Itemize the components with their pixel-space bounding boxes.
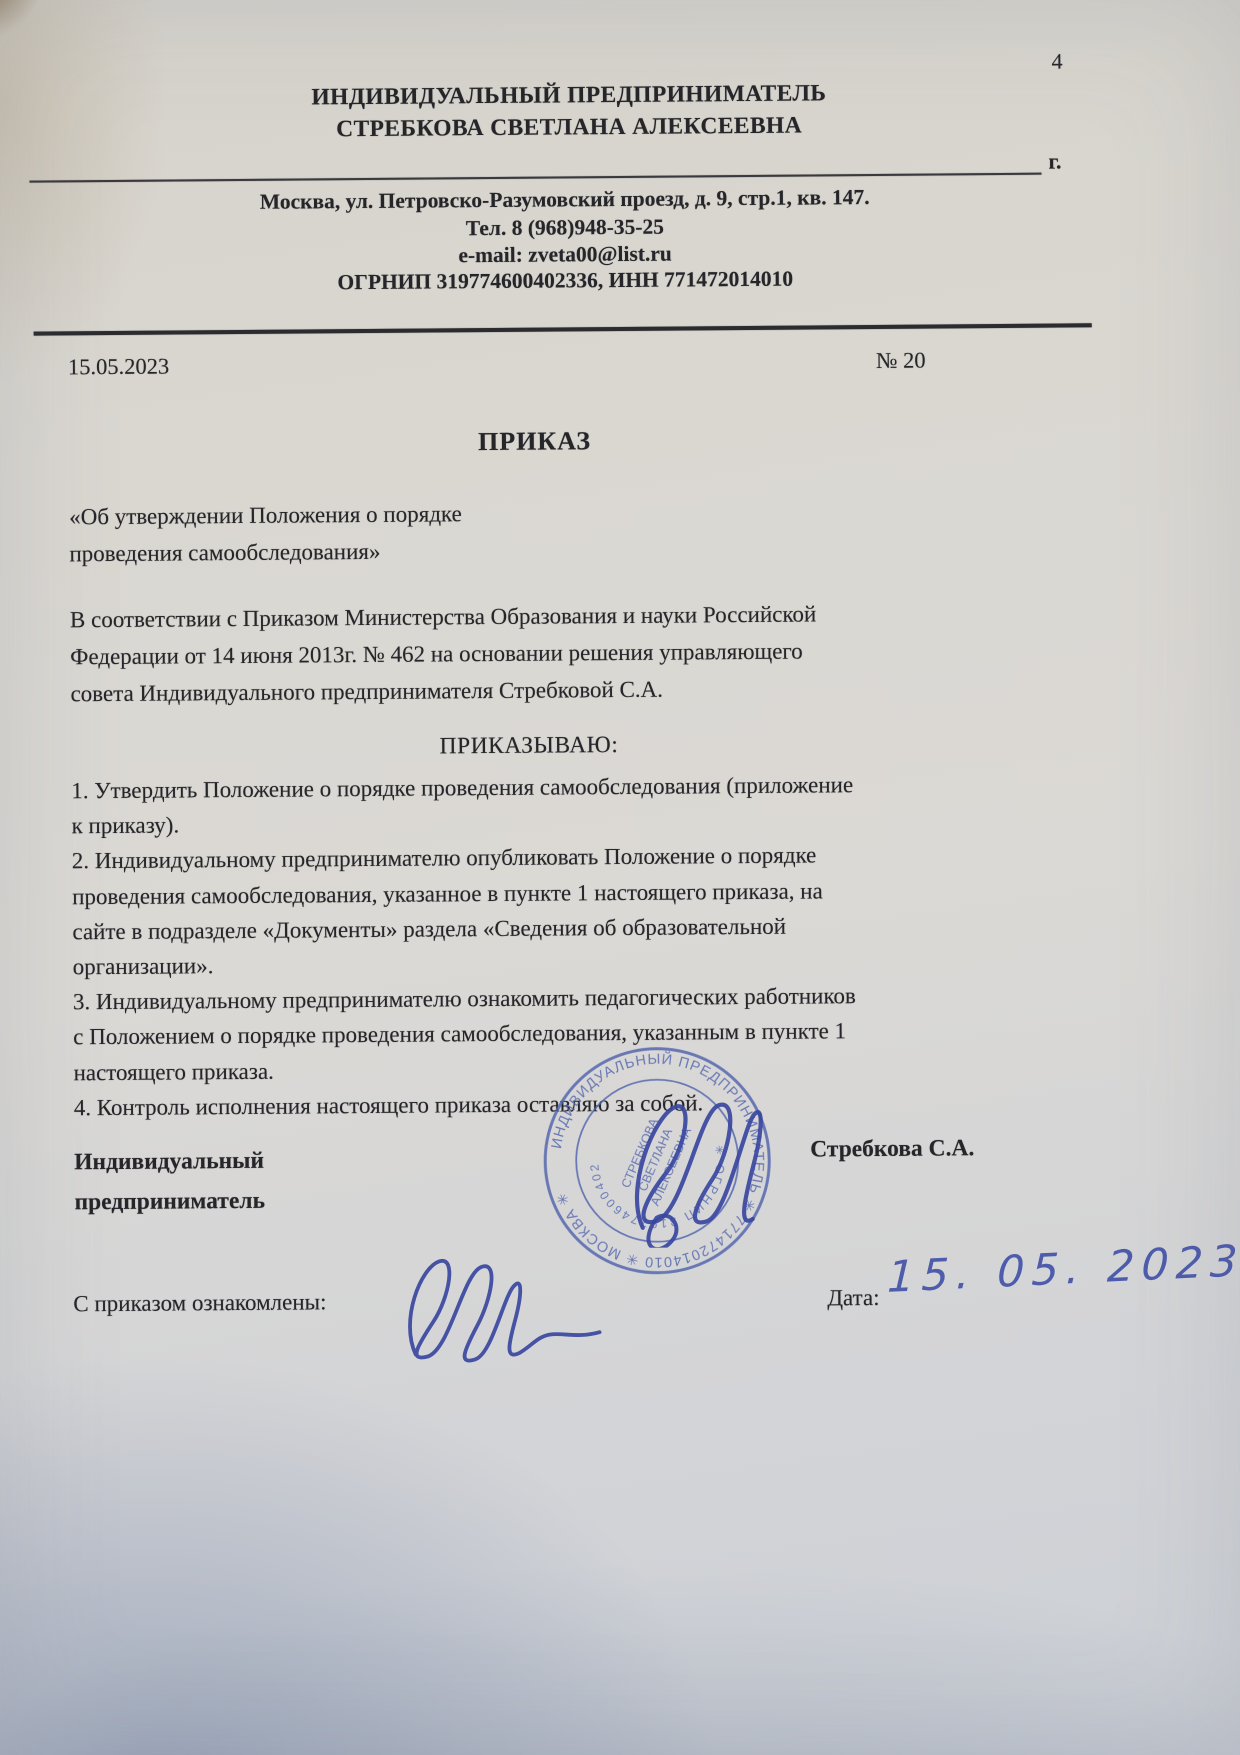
document-page: 4 ИНДИВИДУАЛЬНЫЙ ПРЕДПРИНИМАТЕЛЬ СТРЕБКО… — [0, 0, 1240, 1755]
order-subject: «Об утверждении Положения о порядке пров… — [69, 495, 462, 572]
resolution-heading: ПРИКАЗЫВАЮ: — [69, 729, 989, 763]
order-title: ПРИКАЗ — [66, 423, 1002, 460]
subject-line: проведения самообследования» — [69, 532, 462, 572]
scanned-order-document: 4 ИНДИВИДУАЛЬНЫЙ ПРЕДПРИНИМАТЕЛЬ СТРЕБКО… — [0, 0, 1240, 1755]
divider-rule — [34, 323, 1092, 335]
org-name-line2: СТРЕБКОВА СВЕТЛАНА АЛЕКСЕЕВНА — [64, 110, 1074, 145]
order-number: № 20 — [876, 348, 926, 374]
signer-position: Индивидуальный предприниматель — [74, 1141, 265, 1222]
org-name-line1: ИНДИВИДУАЛЬНЫЙ ПРЕДПРИНИМАТЕЛЬ — [64, 78, 1074, 113]
subject-line: «Об утверждении Положения о порядке — [69, 495, 462, 535]
order-preamble: В соответствии с Приказом Министерства О… — [70, 594, 1031, 713]
year-mark: г. — [1048, 149, 1061, 175]
handwritten-date: 15. 05. 2023 — [886, 1236, 1240, 1303]
order-date: 15.05.2023 — [68, 354, 169, 381]
preamble-line: совета Индивидуального предпринимателя С… — [70, 668, 1030, 713]
page-number: 4 — [1052, 48, 1063, 74]
signature-over-stamp — [604, 1077, 770, 1248]
header-underline — [30, 173, 1042, 183]
acknowledgement-signature — [391, 1248, 612, 1375]
acknowledgement-label: С приказом ознакомлены: — [73, 1289, 326, 1317]
org-address: Москва, ул. Петровско-Разумовский проезд… — [65, 183, 1065, 216]
signer-position-line: Индивидуальный — [74, 1141, 265, 1182]
signer-name: Стребкова С.А. — [810, 1135, 974, 1163]
signer-position-line: предприниматель — [74, 1181, 265, 1222]
date-label: Дата: — [827, 1285, 879, 1311]
